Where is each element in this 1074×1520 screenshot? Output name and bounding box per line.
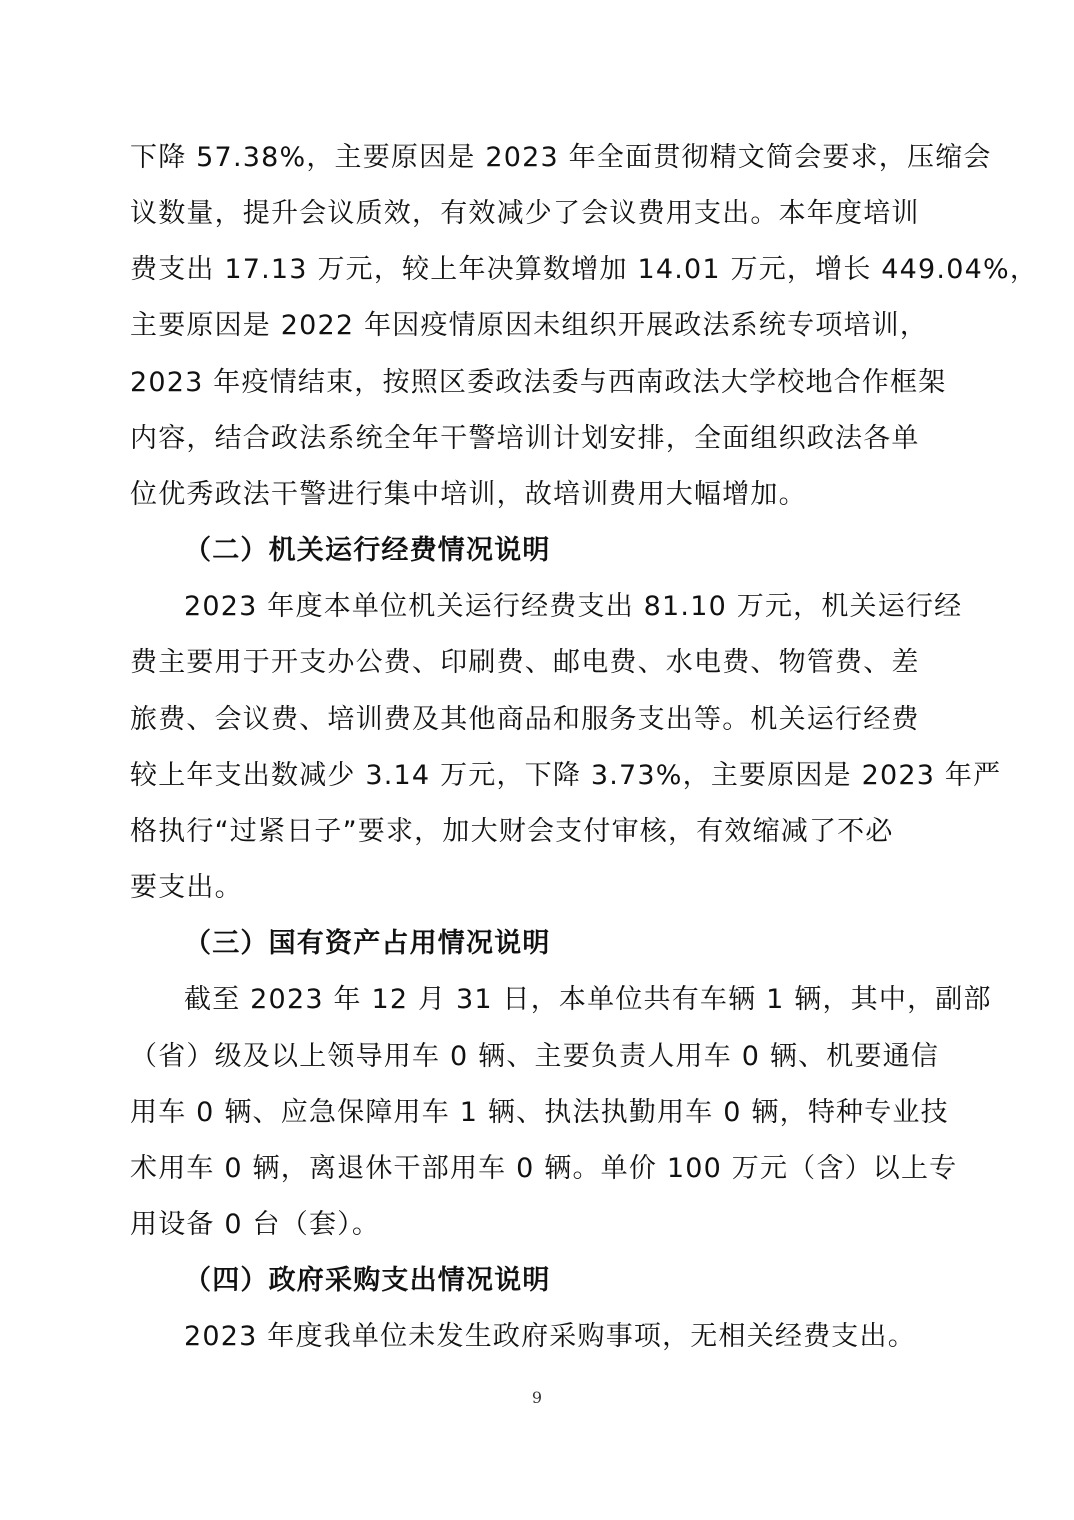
text-line: 费主要用于开支办公费、印刷费、邮电费、水电费、物管费、差: [130, 643, 945, 683]
text-line: 2023 年疫情结束，按照区委政法委与西南政法大学校地合作框架: [130, 363, 945, 403]
section-heading: （三）国有资产占用情况说明: [184, 924, 999, 964]
text-line: 旅费、会议费、培训费及其他商品和服务支出等。机关运行经费: [130, 700, 945, 740]
page-number: 9: [0, 1388, 1074, 1407]
text-line: 内容，结合政法系统全年干警培训计划安排，全面组织政法各单: [130, 419, 945, 459]
text-line: 格执行“过紧日子”要求，加大财会支付审核，有效缩减了不必: [130, 812, 945, 852]
section-heading: （二）机关运行经费情况说明: [184, 531, 999, 571]
text-line: 截至 2023 年 12 月 31 日，本单位共有车辆 1 辆，其中，副部: [184, 980, 999, 1020]
text-line: 要支出。: [130, 868, 945, 908]
section-heading: （四）政府采购支出情况说明: [184, 1261, 999, 1301]
text-line: （省）级及以上领导用车 0 辆、主要负责人用车 0 辆、机要通信: [130, 1037, 945, 1077]
text-line: 位优秀政法干警进行集中培训，故培训费用大幅增加。: [130, 475, 945, 515]
text-line: 用设备 0 台（套）。: [130, 1205, 945, 1245]
text-line: 费支出 17.13 万元，较上年决算数增加 14.01 万元，增长 449.04…: [130, 250, 945, 290]
text-line: 2023 年度本单位机关运行经费支出 81.10 万元，机关运行经: [184, 587, 999, 627]
text-line: 用车 0 辆、应急保障用车 1 辆、执法执勤用车 0 辆，特种专业技: [130, 1093, 945, 1133]
text-line: 术用车 0 辆，离退休干部用车 0 辆。单价 100 万元（含）以上专: [130, 1149, 945, 1189]
text-line: 议数量，提升会议质效，有效减少了会议费用支出。本年度培训: [130, 194, 945, 234]
text-line: 较上年支出数减少 3.14 万元，下降 3.73%，主要原因是 2023 年严: [130, 756, 945, 796]
text-line: 2023 年度我单位未发生政府采购事项，无相关经费支出。: [184, 1317, 999, 1357]
text-line: 主要原因是 2022 年因疫情原因未组织开展政法系统专项培训，: [130, 306, 945, 346]
text-line: 下降 57.38%，主要原因是 2023 年全面贯彻精文简会要求，压缩会: [130, 138, 945, 178]
